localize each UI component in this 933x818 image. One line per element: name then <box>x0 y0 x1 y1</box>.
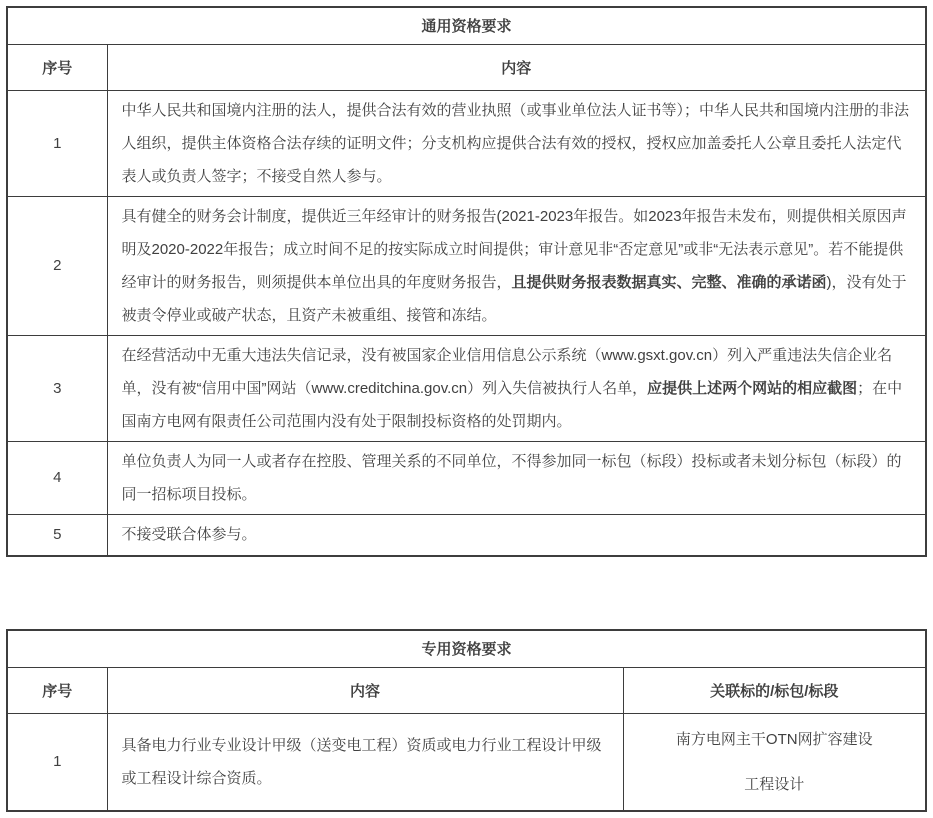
content-text: 不接受联合体参与。 <box>122 526 257 543</box>
special-table-title-row: 专用资格要求 <box>7 630 926 667</box>
row-content: 不接受联合体参与。 <box>107 514 926 556</box>
table-row: 1 中华人民共和国境内注册的法人，提供合法有效的营业执照（或事业单位法人证书等）… <box>7 90 926 196</box>
general-table-header-row: 序号 内容 <box>7 44 926 90</box>
table-row: 2 具有健全的财务会计制度，提供近三年经审计的财务报告(2021-2023年报告… <box>7 196 926 335</box>
general-table-title: 通用资格要求 <box>7 7 926 44</box>
column-header-related: 关联标的/标包/标段 <box>623 667 926 713</box>
column-header-content: 内容 <box>107 44 926 90</box>
content-bold-text: 应提供上述两个网站的相应截图 <box>647 380 857 397</box>
content-text: 单位负责人为同一人或者存在控股、管理关系的不同单位，不得参加同一标包（标段）投标… <box>122 453 902 503</box>
content-text: 具备电力行业专业设计甲级（送变电工程）资质或电力行业工程设计甲级或工程设计综合资… <box>122 737 602 787</box>
table-row: 1 具备电力行业专业设计甲级（送变电工程）资质或电力行业工程设计甲级或工程设计综… <box>7 713 926 811</box>
column-header-no: 序号 <box>7 44 107 90</box>
table-row: 5 不接受联合体参与。 <box>7 514 926 556</box>
column-header-content: 内容 <box>107 667 623 713</box>
row-content: 具备电力行业专业设计甲级（送变电工程）资质或电力行业工程设计甲级或工程设计综合资… <box>107 713 623 811</box>
table-row: 3 在经营活动中无重大违法失信记录，没有被国家企业信用信息公示系统（www.gs… <box>7 335 926 441</box>
row-related-target: 南方电网主干OTN网扩容建设 工程设计 <box>623 713 926 811</box>
column-header-no: 序号 <box>7 667 107 713</box>
content-text: 中华人民共和国境内注册的法人，提供合法有效的营业执照（或事业单位法人证书等）；中… <box>122 102 910 185</box>
general-table-title-row: 通用资格要求 <box>7 7 926 44</box>
row-content: 单位负责人为同一人或者存在控股、管理关系的不同单位，不得参加同一标包（标段）投标… <box>107 441 926 514</box>
row-number: 3 <box>7 335 107 441</box>
related-target-line: 工程设计 <box>634 762 916 807</box>
table-row: 4 单位负责人为同一人或者存在控股、管理关系的不同单位，不得参加同一标包（标段）… <box>7 441 926 514</box>
row-number: 5 <box>7 514 107 556</box>
general-qualification-table: 通用资格要求 序号 内容 1 中华人民共和国境内注册的法人，提供合法有效的营业执… <box>6 6 927 557</box>
row-content: 在经营活动中无重大违法失信记录，没有被国家企业信用信息公示系统（www.gsxt… <box>107 335 926 441</box>
row-content: 中华人民共和国境内注册的法人，提供合法有效的营业执照（或事业单位法人证书等）；中… <box>107 90 926 196</box>
row-number: 2 <box>7 196 107 335</box>
row-number: 4 <box>7 441 107 514</box>
special-table-title: 专用资格要求 <box>7 630 926 667</box>
row-number: 1 <box>7 90 107 196</box>
special-qualification-table: 专用资格要求 序号 内容 关联标的/标包/标段 1 具备电力行业专业设计甲级（送… <box>6 629 927 812</box>
document-page: 通用资格要求 序号 内容 1 中华人民共和国境内注册的法人，提供合法有效的营业执… <box>0 0 933 818</box>
content-bold-text: 且提供财务报表数据真实、完整、准确的承诺函 <box>512 274 827 291</box>
related-target-line: 南方电网主干OTN网扩容建设 <box>634 717 916 762</box>
row-content: 具有健全的财务会计制度，提供近三年经审计的财务报告(2021-2023年报告。如… <box>107 196 926 335</box>
special-table-header-row: 序号 内容 关联标的/标包/标段 <box>7 667 926 713</box>
row-number: 1 <box>7 713 107 811</box>
